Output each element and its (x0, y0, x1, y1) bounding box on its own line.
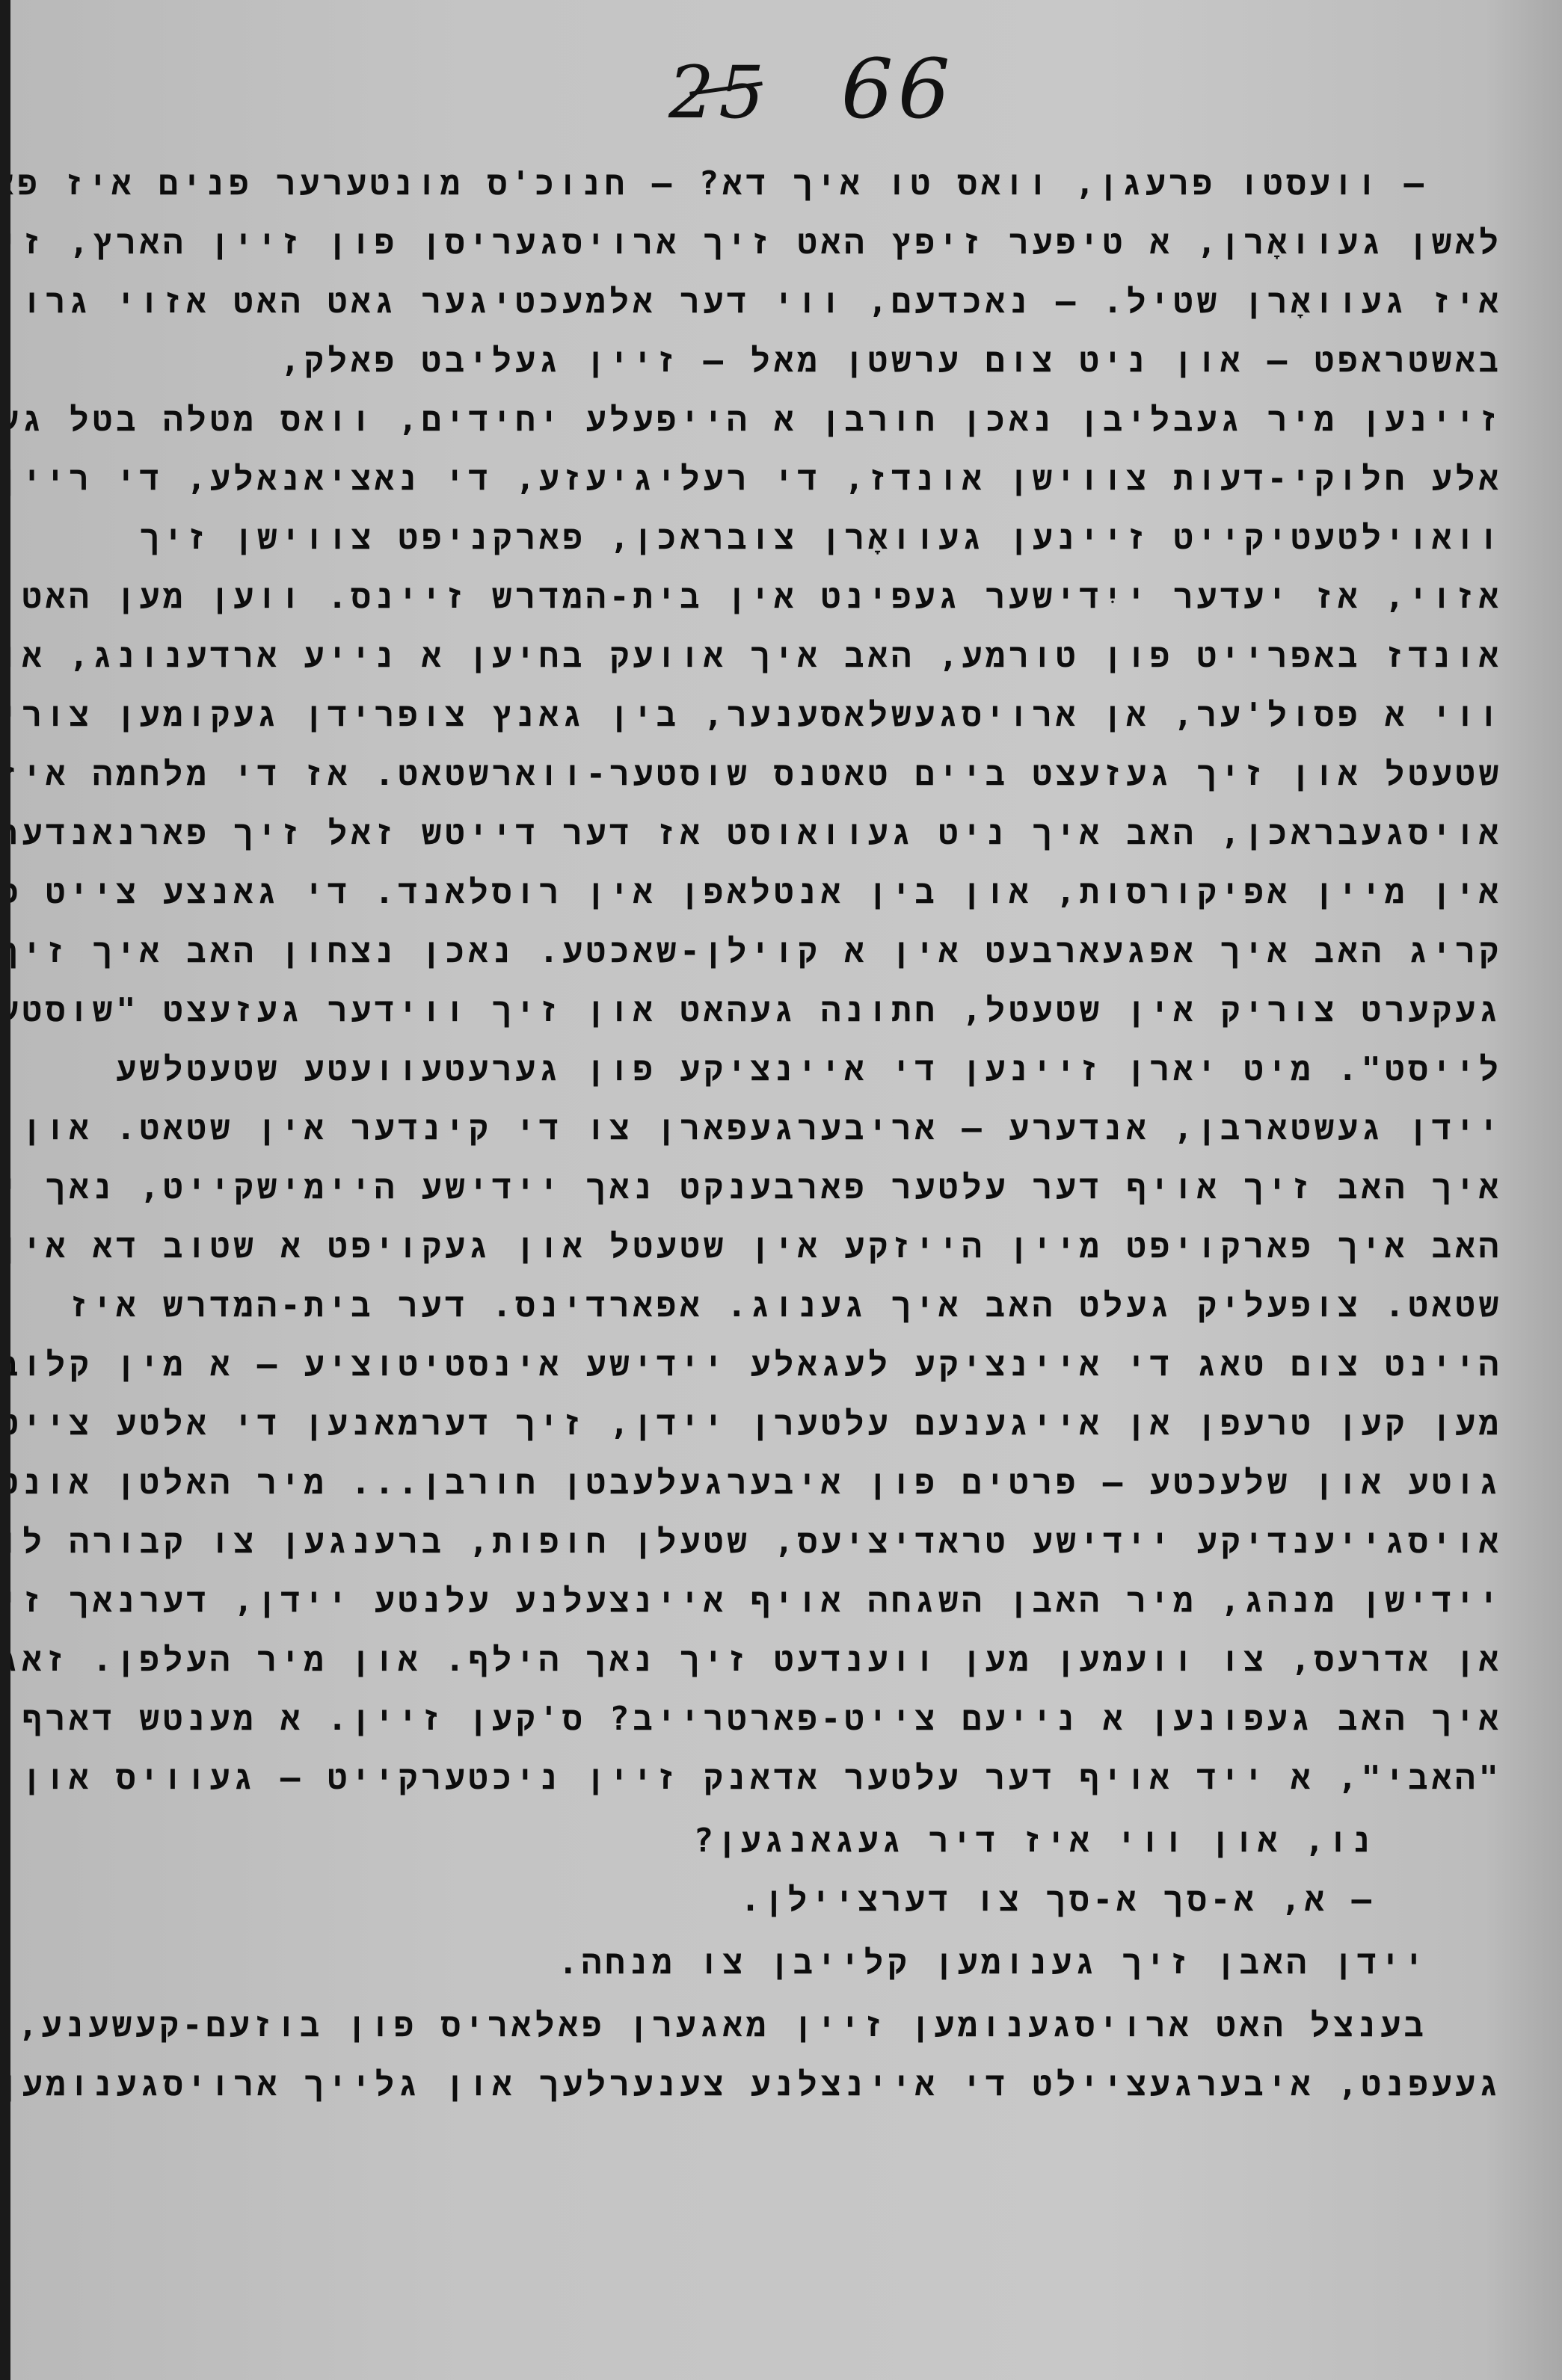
text-line: יידן געשטארבן, אנדערע — אריבערגעפארן צו … (55, 1109, 1502, 1142)
text-line: זיינען מיר געבליבן נאכן חורבן א הייפעלע … (55, 401, 1502, 434)
text-line: אונדז באפרייט פון טורמע, האב איך אוועק ב… (55, 637, 1502, 670)
text-line: מען קען טרעפן אן אייגענעם עלטערן יידן, ז… (55, 1405, 1502, 1437)
text-line: אזוי, אז יעדער ייִדישער געפינט אין בית-ה… (55, 578, 1502, 611)
text-line: גוטע און שלעכטע — פרטים פון איבערגעלעבטן… (55, 1464, 1502, 1496)
text-line: וואוילטעטיקייט זיינען געוואָרן צובראכן, … (55, 519, 1502, 552)
text-line: איך האב זיך אויף דער עלטער פארבענקט נאך … (55, 1168, 1502, 1201)
text-line: אן אדרעס, צו וועמען מען ווענדעט זיך נאך … (55, 1641, 1502, 1674)
text-line: אויסגעבראכן, האב איך ניט געוואוסט אז דער… (55, 814, 1502, 847)
text-line: אלע חלוקי-דעות צווישן אונדז, די רעליגיעז… (55, 460, 1502, 493)
struck-page-number: 25 (668, 51, 769, 135)
text-line: האב איך פארקויפט מיין הייזקע אין שטעטל א… (55, 1227, 1502, 1260)
text-line: — א, א-סך א-סך צו דערציילן. (55, 1881, 1502, 1914)
document-page: 25 66 — וועסטו פרעגן, וואס טו איך דא? — … (10, 0, 1562, 2380)
text-line: איך האב געפונען א נייעם צייט-פארטרייב? ס… (55, 1700, 1502, 1733)
text-line: געקערט צוריק אין שטעטל, חתונה געהאט און … (55, 991, 1502, 1024)
text-line: אין מיין אפיקורסות, און בין אנטלאפן אין … (55, 873, 1502, 906)
text-line: בענצל האט ארויסגענומען זיין מאגערן פאלאר… (55, 2006, 1502, 2039)
text-line: — וועסטו פרעגן, וואס טו איך דא? — חנוכ'ס… (55, 164, 1502, 197)
text-line: שטאט. צופעליק געלט האב איך גענוג. אפארדי… (55, 1286, 1502, 1319)
current-page-number: 66 (841, 41, 955, 137)
text-line: קריג האב איך אפגעארבעט אין א קוילן-שאכטע… (55, 932, 1502, 965)
text-line: נו, און ווי איז דיר געגאנגען? (55, 1822, 1502, 1855)
text-line: איז געוואָרן שטיל. — נאכדעם, ווי דער אלמ… (55, 283, 1502, 315)
page-number: 25 66 (668, 41, 1005, 123)
text-line: יידן האבן זיך גענומען קלייבן צו מנחה. (55, 1943, 1502, 1976)
text-line: אויסגייענדיקע יידישע טראדיציעס, שטעלן חו… (55, 1523, 1502, 1556)
text-line: שטעטל און זיך געזעצט ביים טאטנס שוסטער-ו… (55, 755, 1502, 788)
text-line: ווי א פסול'ער, אן ארויסגעשלאסענער, בין ג… (55, 696, 1502, 729)
text-line: "האבי", א ייד אויף דער עלטער אדאנק זיין … (55, 1759, 1502, 1792)
text-line: לאשן געוואָרן, א טיפער זיפץ האט זיך ארוי… (55, 223, 1502, 256)
text-line: לייסט". מיט יארן זיינען די איינציקע פון … (55, 1050, 1502, 1083)
text-line: געעפנט, איבערגעציילט די איינצלנע צענערלע… (55, 2065, 1502, 2098)
page-edge (0, 0, 10, 2380)
text-line: יידישן מנהג, מיר האבן השגחה אויף איינצעל… (55, 1582, 1502, 1615)
text-line: היינט צום טאג די איינציקע לעגאלע יידישע … (55, 1345, 1502, 1378)
typescript-body: — וועסטו פרעגן, וואס טו איך דא? — חנוכ'ס… (55, 164, 1502, 2124)
text-line: באשטראפט — און ניט צום ערשטן מאל — זיין … (55, 342, 1502, 374)
